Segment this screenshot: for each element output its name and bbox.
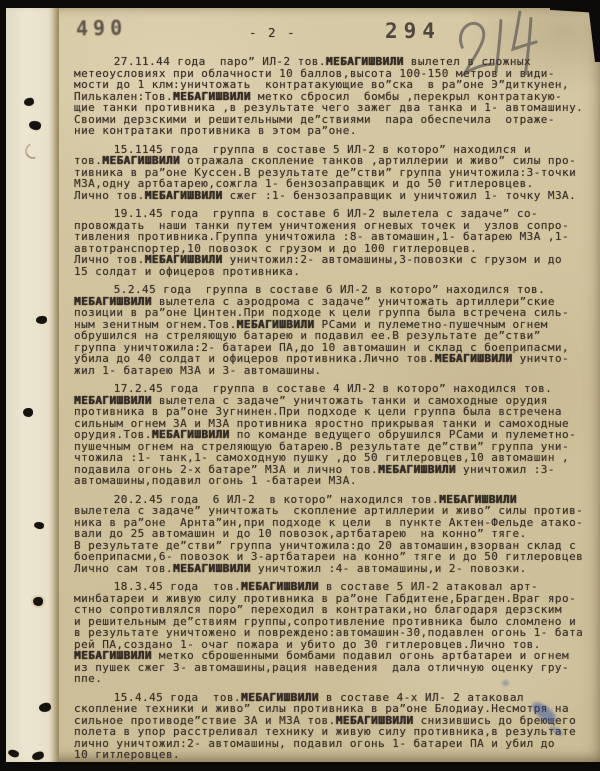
paragraph: 17.2.45 года группа в составе 4 ИЛ-2 в к…: [74, 383, 598, 487]
ink-stain: [502, 680, 509, 686]
paragraph: 27.11.44 года паро” ИЛ-2 тов.МЕБАГИШВИЛИ…: [74, 56, 598, 137]
document-line: боеприпасми,6- повозок и 3-артбатареи на…: [74, 551, 598, 563]
document-line: орудия.Тов.МЕБАГИШВИЛИ по команде ведуще…: [74, 429, 598, 441]
document-line: убила до 40 солдат и офицеров противника…: [74, 353, 598, 365]
pilot-name: МЕБАГИШВИЛИ: [435, 352, 513, 365]
document-line: противника в ра”оне Зугнинен.При подходе…: [74, 406, 598, 418]
document-line: 10 гитлеровцев.: [74, 749, 598, 761]
document-line: щие танки противника ,в результате чего …: [74, 102, 598, 114]
paragraph: 18.3.45 года тов.МЕБАГИШВИЛИ в составе 5…: [74, 581, 598, 685]
document-line: обрушился на стреляющую батарею и подави…: [74, 330, 598, 342]
punch-hole: [33, 597, 43, 606]
document-line: ппе.: [74, 673, 598, 685]
paragraph: 5.2.45 года группа в составе 6 ИЛ-2 в ко…: [74, 284, 598, 376]
document-line: Лично тов.МЕБАГИШВИЛИ сжег :1- бензозапр…: [74, 190, 598, 202]
document-line: 5.2.45 года группа в составе 6 ИЛ-2 в ко…: [74, 284, 598, 296]
document-line: тов.МЕБАГИШВИЛИ отражала скопление танко…: [74, 155, 598, 167]
document-line: тивления противника.Группа уничтожила :8…: [74, 231, 598, 243]
document-line: мости до 1 клм:уничтожать контратакующие…: [74, 79, 598, 91]
paragraph: 15.1145 года группа в составе 5 ИЛ-2 в к…: [74, 144, 598, 202]
archive-stamp-right: 294: [385, 19, 441, 43]
pilot-name: МЕБАГИШВИЛИ: [378, 463, 456, 476]
document-line: в результате уничтожено и повреждено:авт…: [74, 627, 598, 639]
pilot-name: МЕБАГИШВИЛИ: [173, 562, 251, 575]
document-line: ние контратаки противника в этом ра”оне.: [74, 125, 598, 137]
document-line: Лично тов.МЕБАГИШВИЛИ уничтожил:2- автом…: [74, 254, 598, 266]
paragraph: 19.1.45 года группа в составе 6 ИЛ-2 выл…: [74, 208, 598, 277]
document-line: 15 солдат и офицеров противника.: [74, 266, 598, 278]
document-line: вылетела с задаче” уничтожать скопление …: [74, 505, 598, 517]
document-line: 18.3.45 года тов.МЕБАГИШВИЛИ в составе 5…: [74, 581, 598, 593]
document-body: 27.11.44 года паро” ИЛ-2 тов.МЕБАГИШВИЛИ…: [74, 56, 598, 761]
document-line: жил 1- батарею МЗА и 3- автомашины.: [74, 365, 598, 377]
scanned-document-page: 490 - 2 - 294 27.11.44 года паро” ИЛ-2 т…: [0, 0, 600, 771]
document-line: чтожила :1- танк,1- самоходную пушку ,до…: [74, 452, 598, 464]
document-line: 17.2.45 года группа в составе 4 ИЛ-2 в к…: [74, 383, 598, 395]
document-line: стно сопротивлялся поро” переходил в кон…: [74, 604, 598, 616]
document-line: автомашины,подавил огонь 1 -батареи МЗА.: [74, 475, 598, 487]
punch-hole: [23, 408, 33, 417]
archive-stamp-left: 490: [76, 16, 128, 41]
pilot-name: МЕБАГИШВИЛИ: [145, 189, 223, 202]
paper-sheet: 490 - 2 - 294 27.11.44 года паро” ИЛ-2 т…: [6, 8, 600, 762]
paragraph: 15.4.45 года тов.МЕБАГИШВИЛИ в составе 4…: [74, 692, 598, 761]
document-line: МЕБАГИШВИЛИ метко сброшенными бомбами по…: [74, 650, 598, 662]
document-line: позиции в ра”оне Цинтен.При подходе к це…: [74, 307, 598, 319]
document-line: 27.11.44 года паро” ИЛ-2 тов.МЕБАГИШВИЛИ…: [74, 56, 598, 68]
page-number: - 2 -: [249, 25, 297, 40]
paragraph: 20.2.45 года 6 ИЛ-2 в которо” находился …: [74, 494, 598, 575]
document-line: Лично сам тов.МЕБАГИШВИЛИ уничтожил :4- …: [74, 563, 598, 575]
document-line: полета в упор расстреливал технику и жив…: [74, 726, 598, 738]
document-line: 19.1.45 года группа в составе 6 ИЛ-2 выл…: [74, 208, 598, 220]
document-line: из пушек сжег 3- автомашины,рация наведе…: [74, 662, 598, 674]
document-line: вали до 25 автомашин и до 10 повозок,арт…: [74, 528, 598, 540]
